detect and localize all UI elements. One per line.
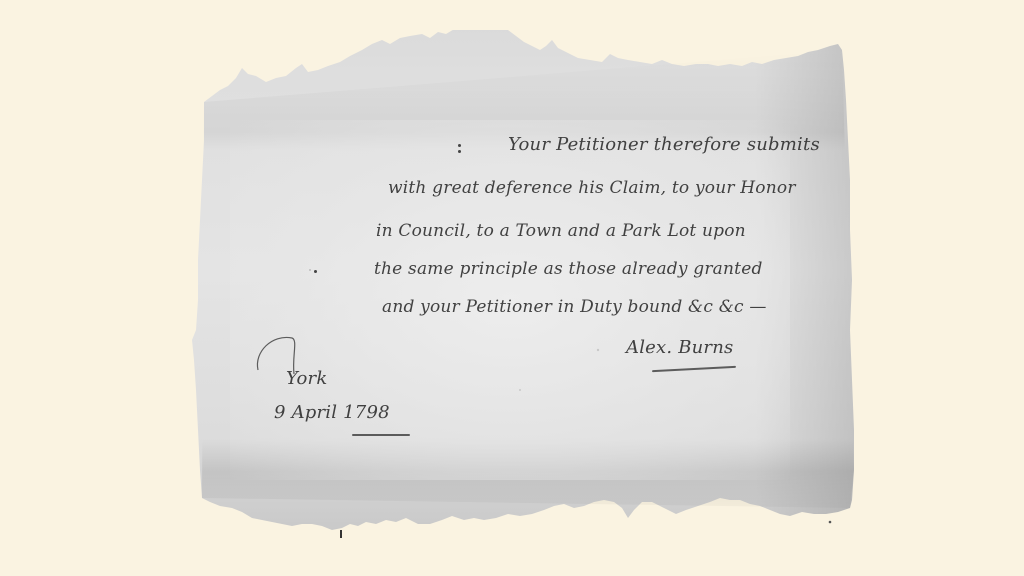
torn-paper-shape	[190, 30, 860, 545]
signature: Alex. Burns	[626, 337, 733, 358]
torn-manuscript-page: Your Petitioner therefore submits with g…	[190, 30, 860, 545]
petition-line-1: Your Petitioner therefore submits	[508, 134, 820, 155]
page-background: Your Petitioner therefore submits with g…	[0, 0, 1024, 576]
petition-line-5: and your Petitioner in Duty bound &c &c …	[382, 297, 767, 317]
ink-mark	[314, 270, 317, 273]
petition-line-3: in Council, to a Town and a Park Lot upo…	[376, 221, 746, 241]
letter-y-flourish-icon	[252, 330, 312, 400]
place-york: York	[286, 368, 327, 389]
petition-line-4: the same principle as those already gran…	[374, 259, 763, 279]
date-underline	[352, 434, 410, 436]
date: 9 April 1798	[274, 402, 390, 423]
ink-mark	[458, 144, 461, 147]
petition-line-2: with great deference his Claim, to your …	[388, 178, 796, 198]
ink-mark	[458, 150, 461, 153]
